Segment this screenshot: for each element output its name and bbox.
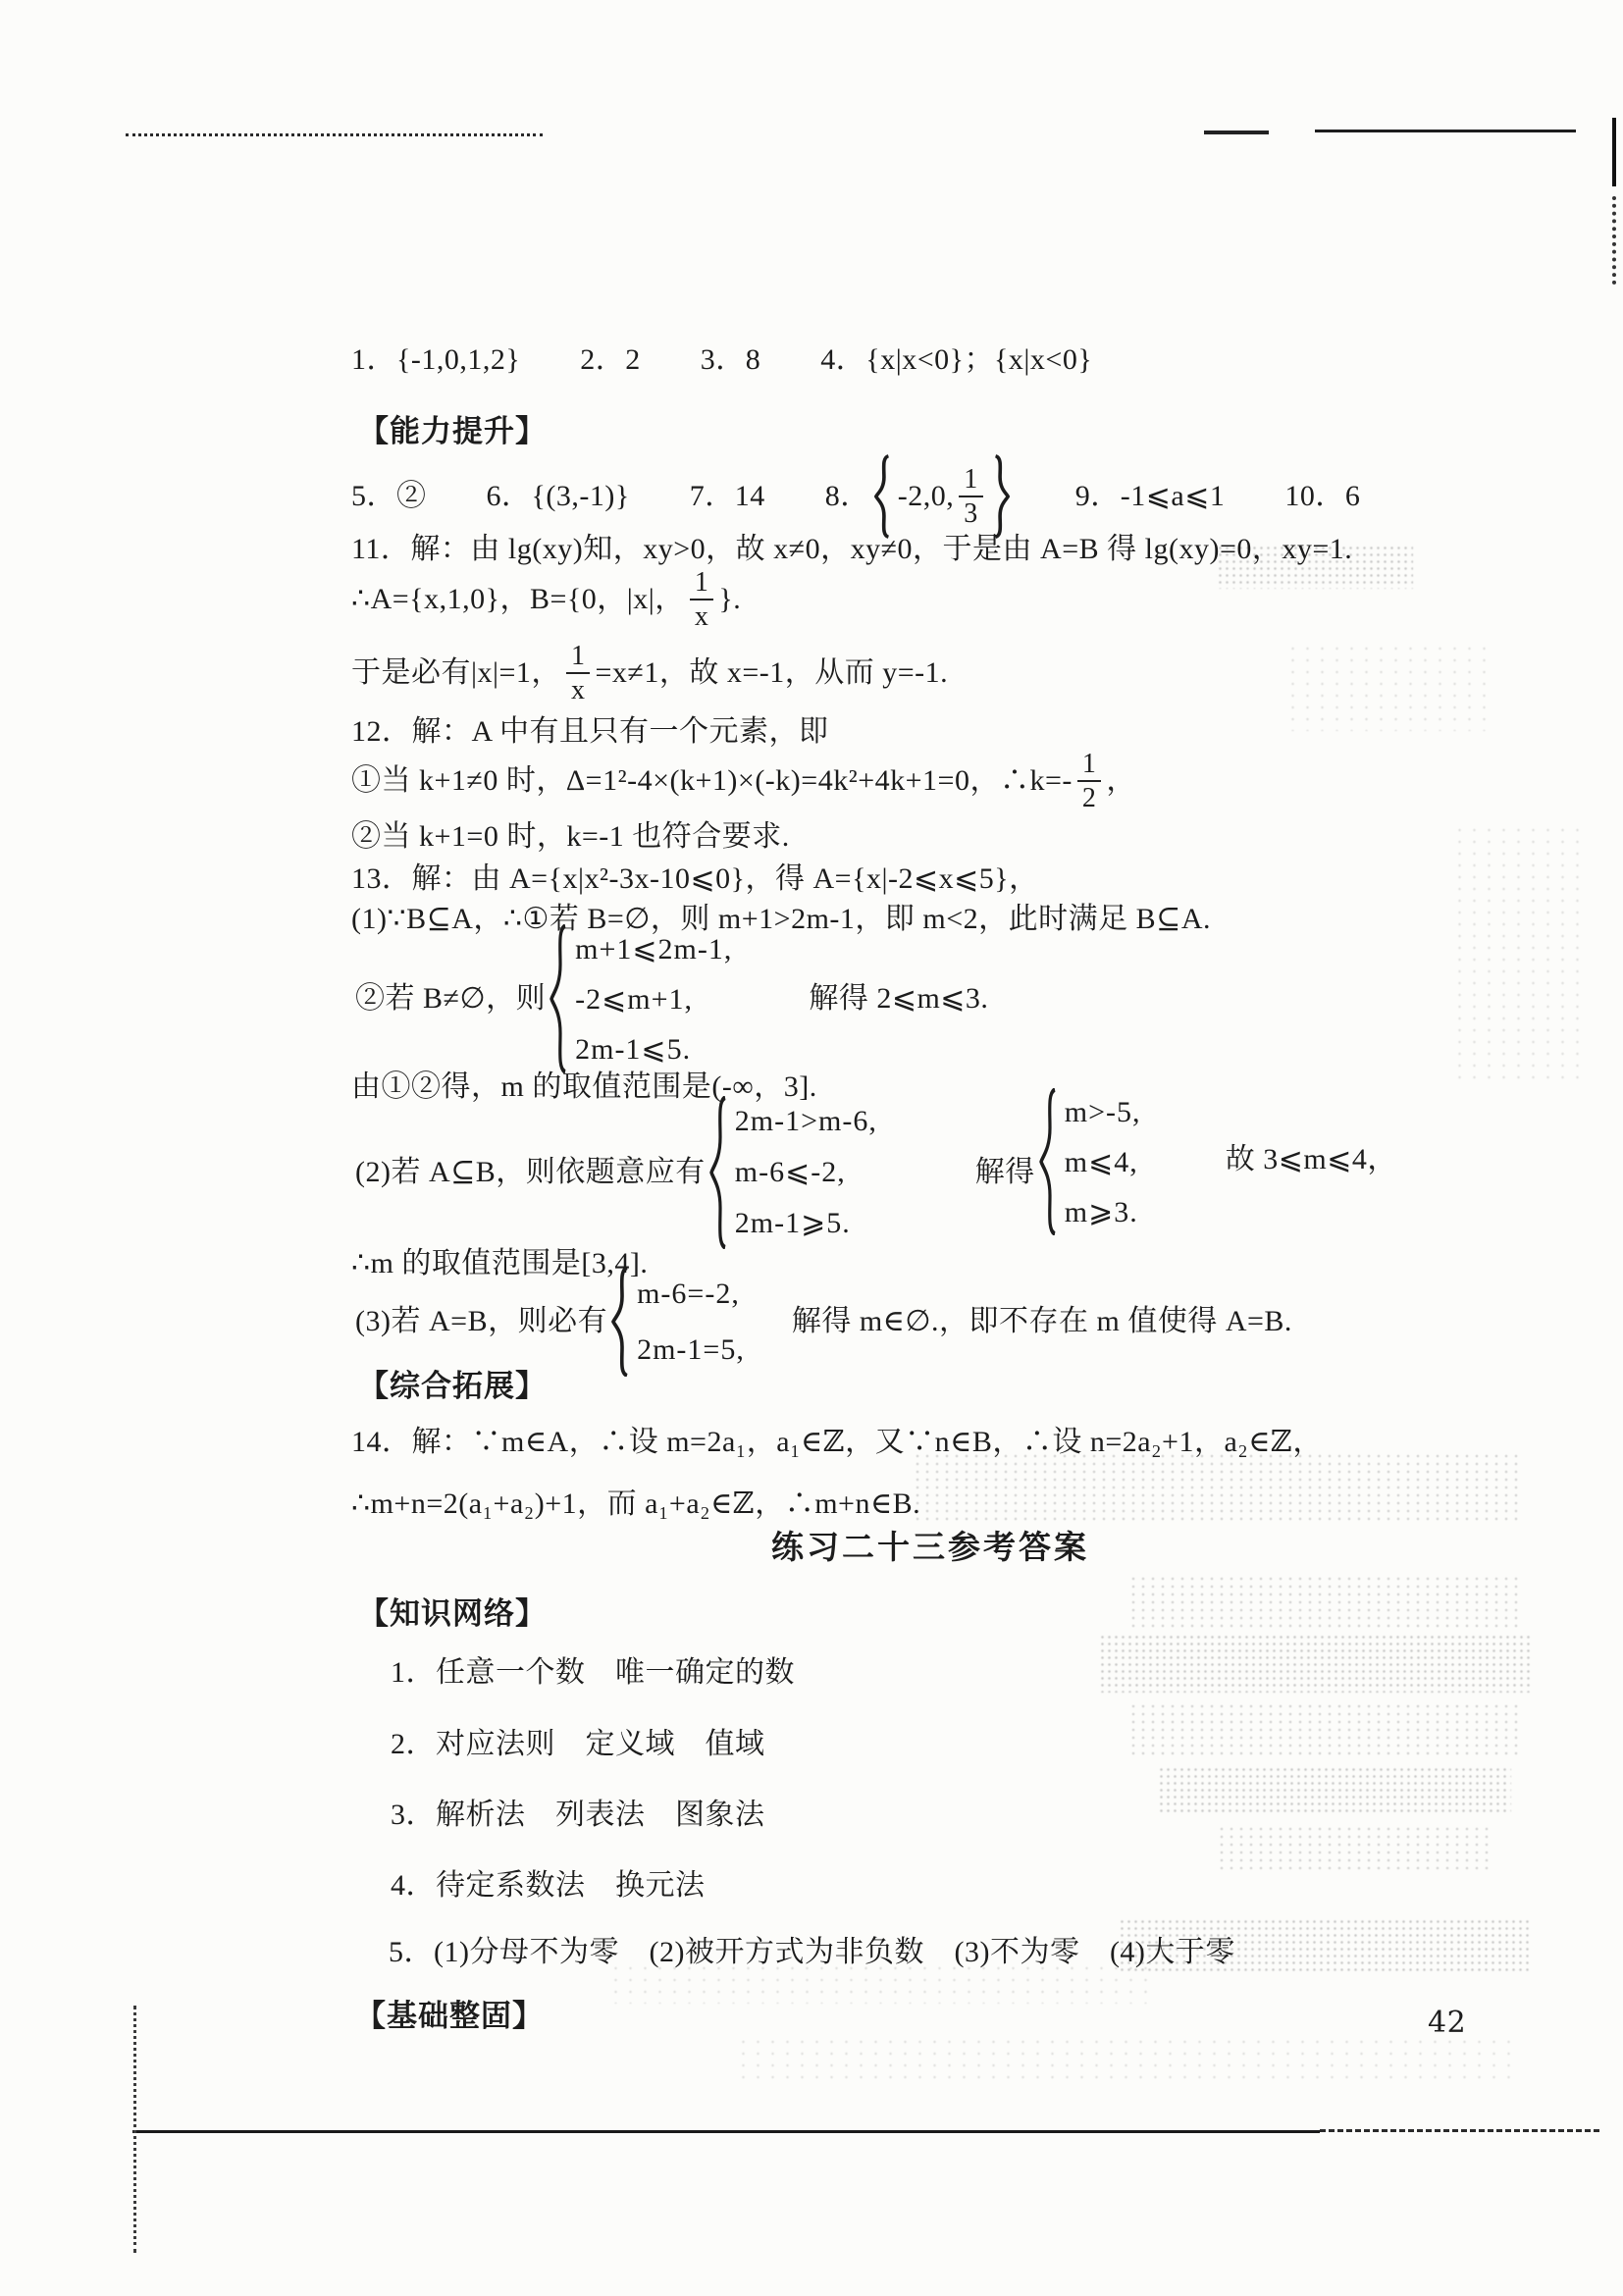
p12-c1-pre: ①当 k+1≠0 时，Δ=1²-4×(k+1)×(-k)=4k²+4k+1=0，…: [351, 761, 1073, 801]
right-brace: [992, 454, 1010, 539]
sys2-row: 2m-1⩾5.: [735, 1198, 916, 1249]
bleedthrough-noise: [913, 1452, 1521, 1521]
cases-left-brace: [709, 1096, 729, 1249]
section-header-knowledge: 【知识网络】: [358, 1594, 547, 1634]
knowledge-item: 1．任意一个数 唯一确定的数: [391, 1653, 795, 1693]
bottom-line-dashed: [1320, 2129, 1599, 2132]
problem-13-system-3: (3)若 A=B，则必有 m-6=-2, 2m-1=5, 解得 m∈∅.，即不存…: [355, 1264, 1292, 1380]
bleedthrough-noise: [1128, 1702, 1521, 1756]
sys1-row: 2m-1⩽5.: [575, 1024, 732, 1074]
sys3-row: m-6=-2,: [637, 1266, 745, 1322]
scanned-workbook-page: 1．{-1,0,1,2} 2．2 3．8 4．{x|x<0}；{x|x<0} 【…: [0, 0, 1623, 2296]
problem-13-system-1: ②若 B≠∅，则 m+1⩽2m-1, -2⩽m+1, 2m-1⩽5. 解得 2⩽…: [355, 920, 988, 1077]
sys3-label: (3)若 A=B，则必有: [355, 1302, 607, 1341]
sys2-result: 故 3⩽m⩽4，: [1226, 1140, 1397, 1179]
right-edge-line-solid: [1612, 118, 1616, 186]
p11-l2-post: }.: [718, 580, 741, 619]
sys2-row2: m⩽4,: [1065, 1137, 1155, 1187]
sys1-cases: m+1⩽2m-1, -2⩽m+1, 2m-1⩽5.: [575, 924, 732, 1074]
bleedthrough-noise: [1128, 1575, 1521, 1629]
fraction-one-over-x: 1 x: [566, 642, 591, 705]
answers-row-2: 5．② 6．{(3,-1)} 7．14 8． -2,0, 1 3 9．-1⩽a⩽…: [351, 451, 1360, 542]
top-left-dotted-line: [126, 133, 543, 136]
p11-l3-post: =x≠1，故 x=-1，从而 y=-1.: [595, 653, 948, 693]
exercise-23-title: 练习二十三参考答案: [771, 1529, 1089, 1568]
answers-row-2-set: -2,0,: [898, 477, 955, 516]
sys2-cases-2: m>-5, m⩽4, m⩾3.: [1065, 1087, 1155, 1237]
answers-row-2-pre: 5．② 6．{(3,-1)} 7．14 8．: [351, 477, 870, 516]
knowledge-item: 4．待定系数法 换元法: [391, 1866, 706, 1905]
sys3-cases: m-6=-2, 2m-1=5,: [637, 1266, 745, 1378]
problem-11-line-2: ∴A={x,1,0}，B={0，|x|， 1 x }.: [351, 562, 741, 637]
problem-13-line-1: 13．解：由 A={x|x²-3x-10⩽0}，得 A={x|-2⩽x⩽5}，: [351, 860, 1039, 899]
left-brace: [874, 454, 892, 539]
problem-13-system-2: (2)若 A⊆B，则依题意应有 2m-1>m-6, m-6⩽-2, 2m-1⩾5…: [355, 1094, 1397, 1251]
sys2-cases: 2m-1>m-6, m-6⩽-2, 2m-1⩾5.: [735, 1096, 916, 1249]
top-right-dash: [1204, 130, 1269, 134]
cases-left-brace: [550, 924, 569, 1073]
bleedthrough-noise: [1217, 1825, 1492, 1869]
section-header-ability: 【能力提升】: [358, 412, 547, 451]
sys2-row2: m>-5,: [1065, 1087, 1155, 1137]
knowledge-item: 3．解析法 列表法 图象法: [391, 1796, 765, 1835]
top-right-line: [1315, 130, 1576, 132]
sys2-row: m-6⩽-2,: [735, 1147, 916, 1198]
bleedthrough-noise: [736, 2036, 1521, 2080]
fraction-one-third: 1 3: [959, 465, 983, 529]
fraction-one-half: 1 2: [1077, 750, 1102, 813]
answers-row-2-post: 9．-1⩽a⩽1 10．6: [1016, 477, 1361, 516]
problem-14-line-1: 14．解：∵m∈A，∴设 m=2a₁，a₁∈ℤ，又∵n∈B，∴设 n=2a₂+1…: [351, 1423, 1323, 1462]
sys2-row: 2m-1>m-6,: [735, 1096, 916, 1147]
knowledge-item: 2．对应法则 定义域 值域: [391, 1725, 765, 1764]
problem-11-line-3: 于是必有|x|=1， 1 x =x≠1，故 x=-1，从而 y=-1.: [351, 636, 948, 710]
bleedthrough-noise: [1099, 1634, 1531, 1693]
right-edge-line-dotted: [1612, 196, 1616, 285]
bottom-line-solid: [132, 2130, 1320, 2133]
sys3-row: 2m-1=5,: [637, 1322, 745, 1378]
problem-12-case-1: ①当 k+1≠0 时，Δ=1²-4×(k+1)×(-k)=4k²+4k+1=0，…: [351, 742, 1136, 820]
sys1-row: -2⩽m+1,: [575, 974, 732, 1024]
knowledge-item: 5．(1)分母不为零 (2)被开方式为非负数 (3)不为零 (4)大于零: [389, 1933, 1235, 1972]
sys3-result: 解得 m∈∅.，即不存在 m 值使得 A=B.: [792, 1302, 1292, 1341]
cases-left-brace: [611, 1267, 631, 1377]
bleedthrough-noise: [1452, 824, 1590, 1079]
bleedthrough-noise: [1285, 643, 1492, 731]
cases-left-brace: [1039, 1088, 1059, 1235]
sys1-row: m+1⩽2m-1,: [575, 924, 732, 974]
page-number: 42: [1428, 2004, 1466, 2043]
sys1-result: 解得 2⩽m⩽3.: [809, 979, 988, 1018]
section-header-comprehensive: 【综合拓展】: [358, 1367, 547, 1406]
sys2-label: (2)若 A⊆B，则依题意应有: [355, 1153, 706, 1192]
left-edge-dotted-line: [133, 2006, 136, 2253]
p12-c1-post: ，: [1106, 761, 1136, 801]
answers-row-1: 1．{-1,0,1,2} 2．2 3．8 4．{x|x<0}；{x|x<0}: [351, 340, 1092, 380]
problem-12-case-2: ②当 k+1=0 时，k=-1 也符合要求.: [351, 817, 790, 857]
p11-l3-pre: 于是必有|x|=1，: [351, 653, 561, 693]
bleedthrough-noise: [1158, 1766, 1511, 1815]
sys2-solve: 解得: [975, 1153, 1035, 1192]
p11-l2-pre: ∴A={x,1,0}，B={0，|x|，: [351, 580, 685, 619]
sys1-label: ②若 B≠∅，则: [355, 979, 546, 1018]
problem-14-line-2: ∴m+n=2(a₁+a₂)+1，而 a₁+a₂∈ℤ，∴m+n∈B.: [351, 1485, 920, 1524]
section-header-basics: 【基础整固】: [355, 1997, 544, 2036]
fraction-one-over-x: 1 x: [690, 568, 714, 632]
sys2-row2: m⩾3.: [1065, 1187, 1155, 1237]
